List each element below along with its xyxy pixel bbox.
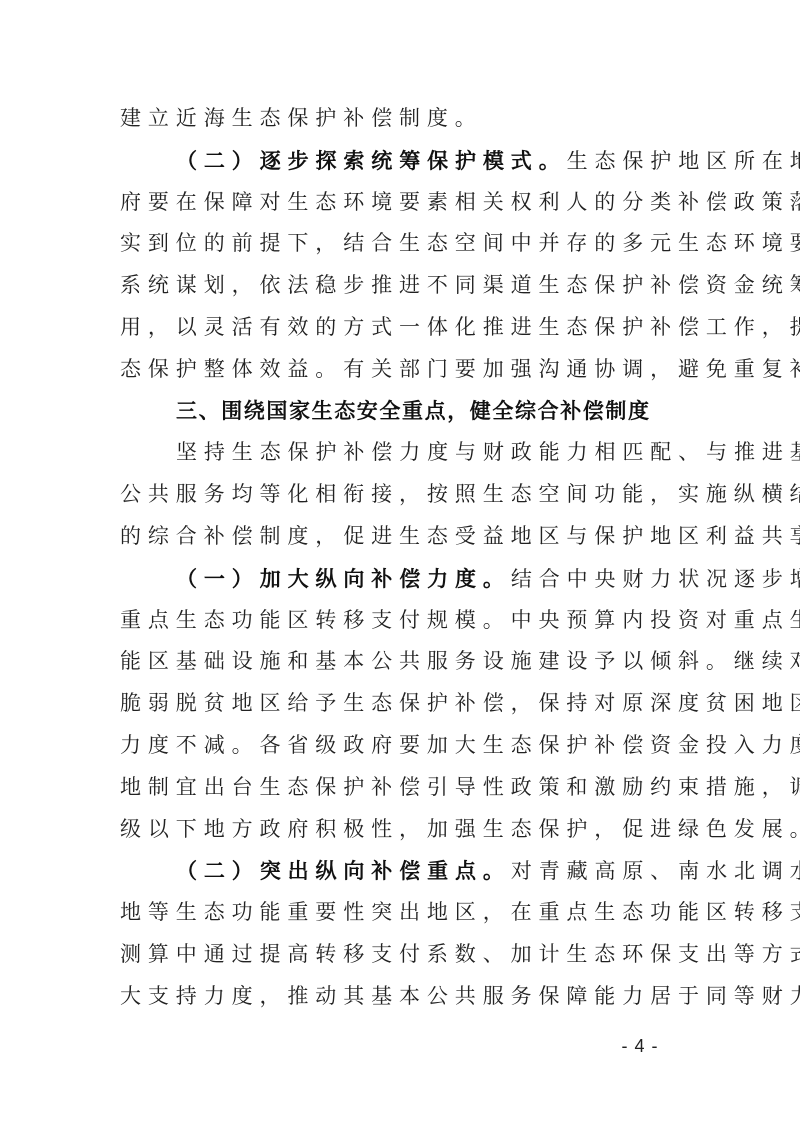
paragraph-line: 的综合补偿制度，促进生态受益地区与保护地区利益共享。	[120, 516, 680, 558]
paragraph-line: 态保护整体效益。有关部门要加强沟通协调，避免重复补偿。	[120, 349, 680, 391]
paragraph-line: 公共服务均等化相衔接，按照生态空间功能，实施纵横结合	[120, 474, 680, 516]
line-text: 能区基础设施和基本公共服务设施建设予以倾斜。继续对生态	[120, 649, 800, 673]
document-body: 建立近海生态保护补偿制度。 （二）逐步探索统筹保护模式。生态保护地区所在地政 府…	[120, 98, 680, 1018]
paragraph-line: 坚持生态保护补偿力度与财政能力相匹配、与推进基本	[120, 432, 680, 474]
paragraph-line: 建立近海生态保护补偿制度。	[120, 98, 680, 140]
line-text: 测算中通过提高转移支付系数、加计生态环保支出等方式加	[120, 942, 800, 966]
line-text: 对青藏高原、南水北调水源	[511, 859, 800, 883]
paragraph-line: 能区基础设施和基本公共服务设施建设予以倾斜。继续对生态	[120, 641, 680, 683]
line-text: 重点生态功能区转移支付规模。中央预算内投资对重点生态功	[120, 608, 800, 632]
paragraph-line: 测算中通过提高转移支付系数、加计生态环保支出等方式加	[120, 934, 680, 976]
paragraph-line: 重点生态功能区转移支付规模。中央预算内投资对重点生态功	[120, 600, 680, 642]
line-text: 结合中央财力状况逐步增加	[511, 567, 800, 591]
line-text: 系统谋划，依法稳步推进不同渠道生态保护补偿资金统筹使	[120, 273, 800, 297]
line-text: 用，以灵活有效的方式一体化推进生态保护补偿工作，提高生	[120, 315, 800, 339]
paragraph-line: 地制宜出台生态保护补偿引导性政策和激励约束措施，调动省	[120, 767, 680, 809]
line-text: 地等生态功能重要性突出地区，在重点生态功能区转移支付	[120, 900, 800, 924]
paragraph-line: 级以下地方政府积极性，加强生态保护，促进绿色发展。	[120, 809, 680, 851]
section-heading-line: 三、围绕国家生态安全重点，健全综合补偿制度	[120, 391, 680, 433]
line-text: 坚持生态保护补偿力度与财政能力相匹配、与推进基本	[176, 440, 800, 464]
paragraph-line: 力度不减。各省级政府要加大生态保护补偿资金投入力度，因	[120, 725, 680, 767]
subsection-title: （二）突出纵向补偿重点。	[176, 858, 511, 883]
line-text: 大支持力度，推动其基本公共服务保障能力居于同等财力水	[120, 984, 800, 1008]
paragraph-line: 府要在保障对生态环境要素相关权利人的分类补偿政策落	[120, 182, 680, 224]
paragraph-line: 地等生态功能重要性突出地区，在重点生态功能区转移支付	[120, 892, 680, 934]
subsection-title: （一）加大纵向补偿力度。	[176, 566, 511, 591]
line-text: 公共服务均等化相衔接，按照生态空间功能，实施纵横结合	[120, 482, 800, 506]
subsection-line: （二）逐步探索统筹保护模式。生态保护地区所在地政	[120, 140, 680, 182]
section-heading: 三、围绕国家生态安全重点，健全综合补偿制度	[176, 399, 651, 423]
line-text: 脆弱脱贫地区给予生态保护补偿，保持对原深度贫困地区支持	[120, 691, 800, 715]
line-text: 力度不减。各省级政府要加大生态保护补偿资金投入力度，因	[120, 733, 800, 757]
line-text: 建立近海生态保护补偿制度。	[120, 106, 483, 130]
line-text: 府要在保障对生态环境要素相关权利人的分类补偿政策落	[120, 190, 800, 214]
subsection-line: （一）加大纵向补偿力度。结合中央财力状况逐步增加	[120, 558, 680, 600]
subsection-line: （二）突出纵向补偿重点。对青藏高原、南水北调水源	[120, 850, 680, 892]
line-text: 级以下地方政府积极性，加强生态保护，促进绿色发展。	[120, 817, 800, 841]
paragraph-line: 实到位的前提下，结合生态空间中并存的多元生态环境要素	[120, 223, 680, 265]
line-text: 态保护整体效益。有关部门要加强沟通协调，避免重复补偿。	[120, 357, 800, 381]
paragraph-line: 用，以灵活有效的方式一体化推进生态保护补偿工作，提高生	[120, 307, 680, 349]
paragraph-line: 大支持力度，推动其基本公共服务保障能力居于同等财力水	[120, 976, 680, 1018]
subsection-title: （二）逐步探索统筹保护模式。	[176, 148, 567, 173]
page-number: - 4 -	[612, 1036, 668, 1057]
document-page: 建立近海生态保护补偿制度。 （二）逐步探索统筹保护模式。生态保护地区所在地政 府…	[0, 0, 800, 1131]
line-text: 实到位的前提下，结合生态空间中并存的多元生态环境要素	[120, 231, 800, 255]
line-text: 地制宜出台生态保护补偿引导性政策和激励约束措施，调动省	[120, 775, 800, 799]
line-text: 生态保护地区所在地政	[567, 149, 800, 173]
line-text: 的综合补偿制度，促进生态受益地区与保护地区利益共享。	[120, 524, 800, 548]
paragraph-line: 脆弱脱贫地区给予生态保护补偿，保持对原深度贫困地区支持	[120, 683, 680, 725]
paragraph-line: 系统谋划，依法稳步推进不同渠道生态保护补偿资金统筹使	[120, 265, 680, 307]
